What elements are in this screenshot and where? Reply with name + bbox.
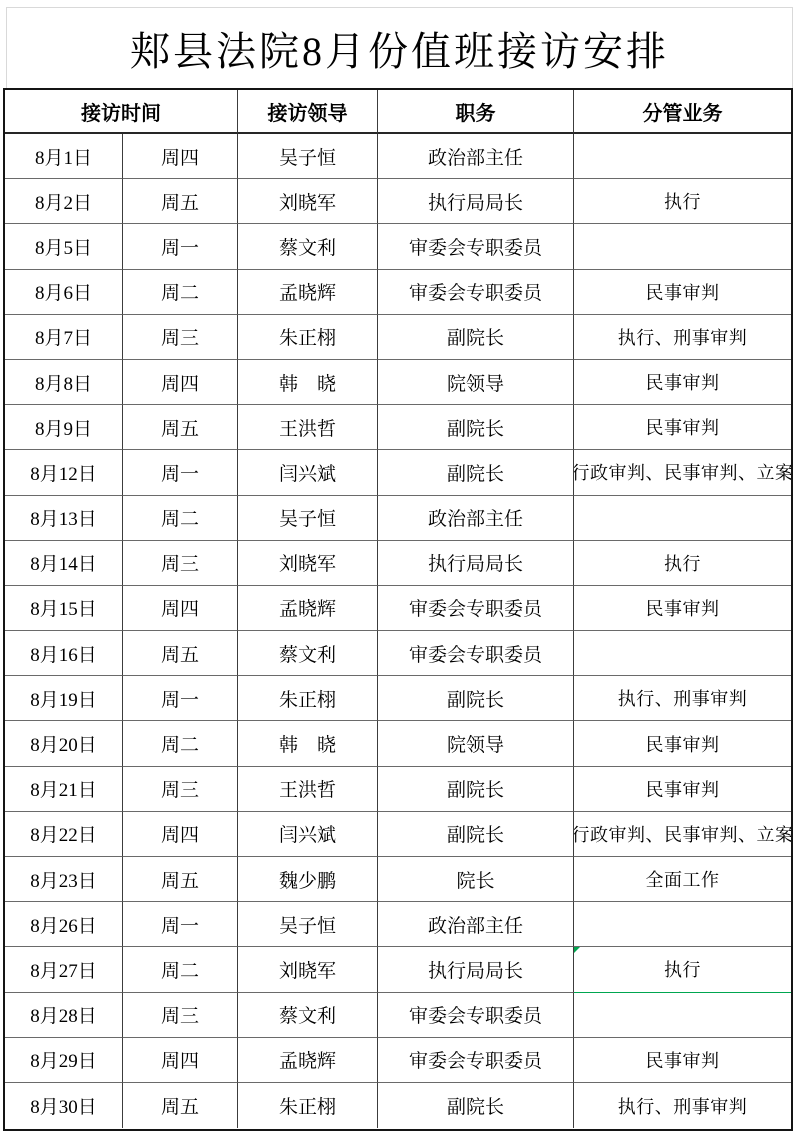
cell-position: 政治部主任 <box>378 902 574 947</box>
cell-leader: 孟晓辉 <box>238 270 378 315</box>
cell-date: 8月22日 <box>5 812 123 857</box>
cell-date: 8月21日 <box>5 767 123 812</box>
cell-date: 8月8日 <box>5 360 123 405</box>
cell-position: 审委会专职委员 <box>378 631 574 676</box>
cell-weekday: 周二 <box>123 496 238 541</box>
cell-position: 执行局局长 <box>378 179 574 224</box>
cell-date: 8月29日 <box>5 1038 123 1083</box>
cell-duty: 执行 <box>574 541 791 586</box>
cell-weekday: 周四 <box>123 134 238 179</box>
column-header-assigned-business: 分管业务 <box>574 90 791 134</box>
cell-duty: 民事审判 <box>574 1038 791 1083</box>
cell-weekday: 周三 <box>123 993 238 1038</box>
cell-leader: 魏少鹏 <box>238 857 378 902</box>
cell-date: 8月27日 <box>5 947 123 992</box>
cell-date: 8月1日 <box>5 134 123 179</box>
cell-date: 8月16日 <box>5 631 123 676</box>
cell-weekday: 周四 <box>123 586 238 631</box>
cell-duty <box>574 496 791 541</box>
cell-position: 副院长 <box>378 450 574 495</box>
cell-position: 副院长 <box>378 767 574 812</box>
cell-weekday: 周三 <box>123 541 238 586</box>
cell-duty: 全面工作 <box>574 857 791 902</box>
cell-position: 审委会专职委员 <box>378 1038 574 1083</box>
cell-date: 8月30日 <box>5 1083 123 1128</box>
cell-position: 政治部主任 <box>378 134 574 179</box>
cell-date: 8月5日 <box>5 224 123 269</box>
cell-leader: 孟晓辉 <box>238 1038 378 1083</box>
cell-leader: 韩 晓 <box>238 360 378 405</box>
cell-position: 审委会专职委员 <box>378 270 574 315</box>
cell-duty: 执行、刑事审判 <box>574 315 791 360</box>
title-box: 郏县法院8月份值班接访安排 <box>6 7 793 89</box>
cell-position: 副院长 <box>378 405 574 450</box>
cell-weekday: 周一 <box>123 450 238 495</box>
cell-weekday: 周三 <box>123 767 238 812</box>
green-corner-marker-icon <box>574 947 580 953</box>
cell-date: 8月15日 <box>5 586 123 631</box>
cell-leader: 闫兴斌 <box>238 450 378 495</box>
cell-weekday: 周四 <box>123 1038 238 1083</box>
column-header-reception-leader: 接访领导 <box>238 90 378 134</box>
cell-duty: 执行 <box>574 179 791 224</box>
column-header-reception-time: 接访时间 <box>5 90 238 134</box>
cell-leader: 闫兴斌 <box>238 812 378 857</box>
cell-duty: 行政审判、民事审判、立案 <box>574 450 791 495</box>
cell-leader: 刘晓军 <box>238 541 378 586</box>
cell-weekday: 周五 <box>123 1083 238 1128</box>
cell-weekday: 周五 <box>123 405 238 450</box>
cell-duty <box>574 134 791 179</box>
cell-date: 8月9日 <box>5 405 123 450</box>
cell-duty <box>574 224 791 269</box>
cell-duty: 民事审判 <box>574 721 791 766</box>
cell-weekday: 周五 <box>123 179 238 224</box>
cell-leader: 刘晓军 <box>238 179 378 224</box>
cell-leader: 王洪哲 <box>238 405 378 450</box>
cell-date: 8月28日 <box>5 993 123 1038</box>
cell-date: 8月26日 <box>5 902 123 947</box>
cell-duty: 民事审判 <box>574 405 791 450</box>
cell-duty: 民事审判 <box>574 360 791 405</box>
cell-position: 副院长 <box>378 812 574 857</box>
cell-leader: 朱正栩 <box>238 1083 378 1128</box>
cell-leader: 蔡文利 <box>238 224 378 269</box>
cell-weekday: 周一 <box>123 224 238 269</box>
cell-date: 8月12日 <box>5 450 123 495</box>
cell-date: 8月2日 <box>5 179 123 224</box>
cell-weekday: 周二 <box>123 270 238 315</box>
cell-leader: 王洪哲 <box>238 767 378 812</box>
cell-position: 审委会专职委员 <box>378 993 574 1038</box>
cell-position: 院领导 <box>378 721 574 766</box>
cell-leader: 蔡文利 <box>238 993 378 1038</box>
column-header-position: 职务 <box>378 90 574 134</box>
cell-position: 审委会专职委员 <box>378 586 574 631</box>
cell-date: 8月19日 <box>5 676 123 721</box>
cell-leader: 孟晓辉 <box>238 586 378 631</box>
cell-position: 副院长 <box>378 1083 574 1128</box>
cell-duty <box>574 902 791 947</box>
cell-duty <box>574 993 791 1038</box>
cell-weekday: 周四 <box>123 812 238 857</box>
cell-weekday: 周五 <box>123 631 238 676</box>
cell-leader: 刘晓军 <box>238 947 378 992</box>
cell-position: 执行局局长 <box>378 541 574 586</box>
cell-leader: 吴子恒 <box>238 902 378 947</box>
cell-weekday: 周五 <box>123 857 238 902</box>
cell-duty: 民事审判 <box>574 586 791 631</box>
cell-position: 政治部主任 <box>378 496 574 541</box>
cell-leader: 蔡文利 <box>238 631 378 676</box>
cell-position: 副院长 <box>378 315 574 360</box>
cell-weekday: 周三 <box>123 315 238 360</box>
page-title: 郏县法院8月份值班接访安排 <box>130 20 669 77</box>
cell-leader: 朱正栩 <box>238 676 378 721</box>
cell-date: 8月7日 <box>5 315 123 360</box>
cell-leader: 吴子恒 <box>238 496 378 541</box>
cell-weekday: 周二 <box>123 947 238 992</box>
cell-date: 8月20日 <box>5 721 123 766</box>
cell-leader: 吴子恒 <box>238 134 378 179</box>
cell-leader: 朱正栩 <box>238 315 378 360</box>
cell-weekday: 周二 <box>123 721 238 766</box>
cell-weekday: 周一 <box>123 676 238 721</box>
duty-schedule-sheet: 郏县法院8月份值班接访安排 接访时间 接访领导 职务 分管业务 8月1日周四吴子… <box>0 0 800 1140</box>
cell-weekday: 周四 <box>123 360 238 405</box>
cell-duty: 执行 <box>574 947 791 992</box>
cell-position: 副院长 <box>378 676 574 721</box>
cell-position: 院领导 <box>378 360 574 405</box>
cell-duty: 民事审判 <box>574 270 791 315</box>
cell-duty: 行政审判、民事审判、立案 <box>574 812 791 857</box>
cell-date: 8月13日 <box>5 496 123 541</box>
cell-duty: 执行、刑事审判 <box>574 676 791 721</box>
schedule-table: 接访时间 接访领导 职务 分管业务 8月1日周四吴子恒政治部主任8月2日周五刘晓… <box>3 88 793 1131</box>
cell-date: 8月23日 <box>5 857 123 902</box>
cell-position: 执行局局长 <box>378 947 574 992</box>
cell-duty: 执行、刑事审判 <box>574 1083 791 1128</box>
cell-duty: 民事审判 <box>574 767 791 812</box>
cell-date: 8月14日 <box>5 541 123 586</box>
cell-position: 审委会专职委员 <box>378 224 574 269</box>
cell-duty <box>574 631 791 676</box>
cell-leader: 韩 晓 <box>238 721 378 766</box>
cell-date: 8月6日 <box>5 270 123 315</box>
cell-position: 院长 <box>378 857 574 902</box>
cell-weekday: 周一 <box>123 902 238 947</box>
